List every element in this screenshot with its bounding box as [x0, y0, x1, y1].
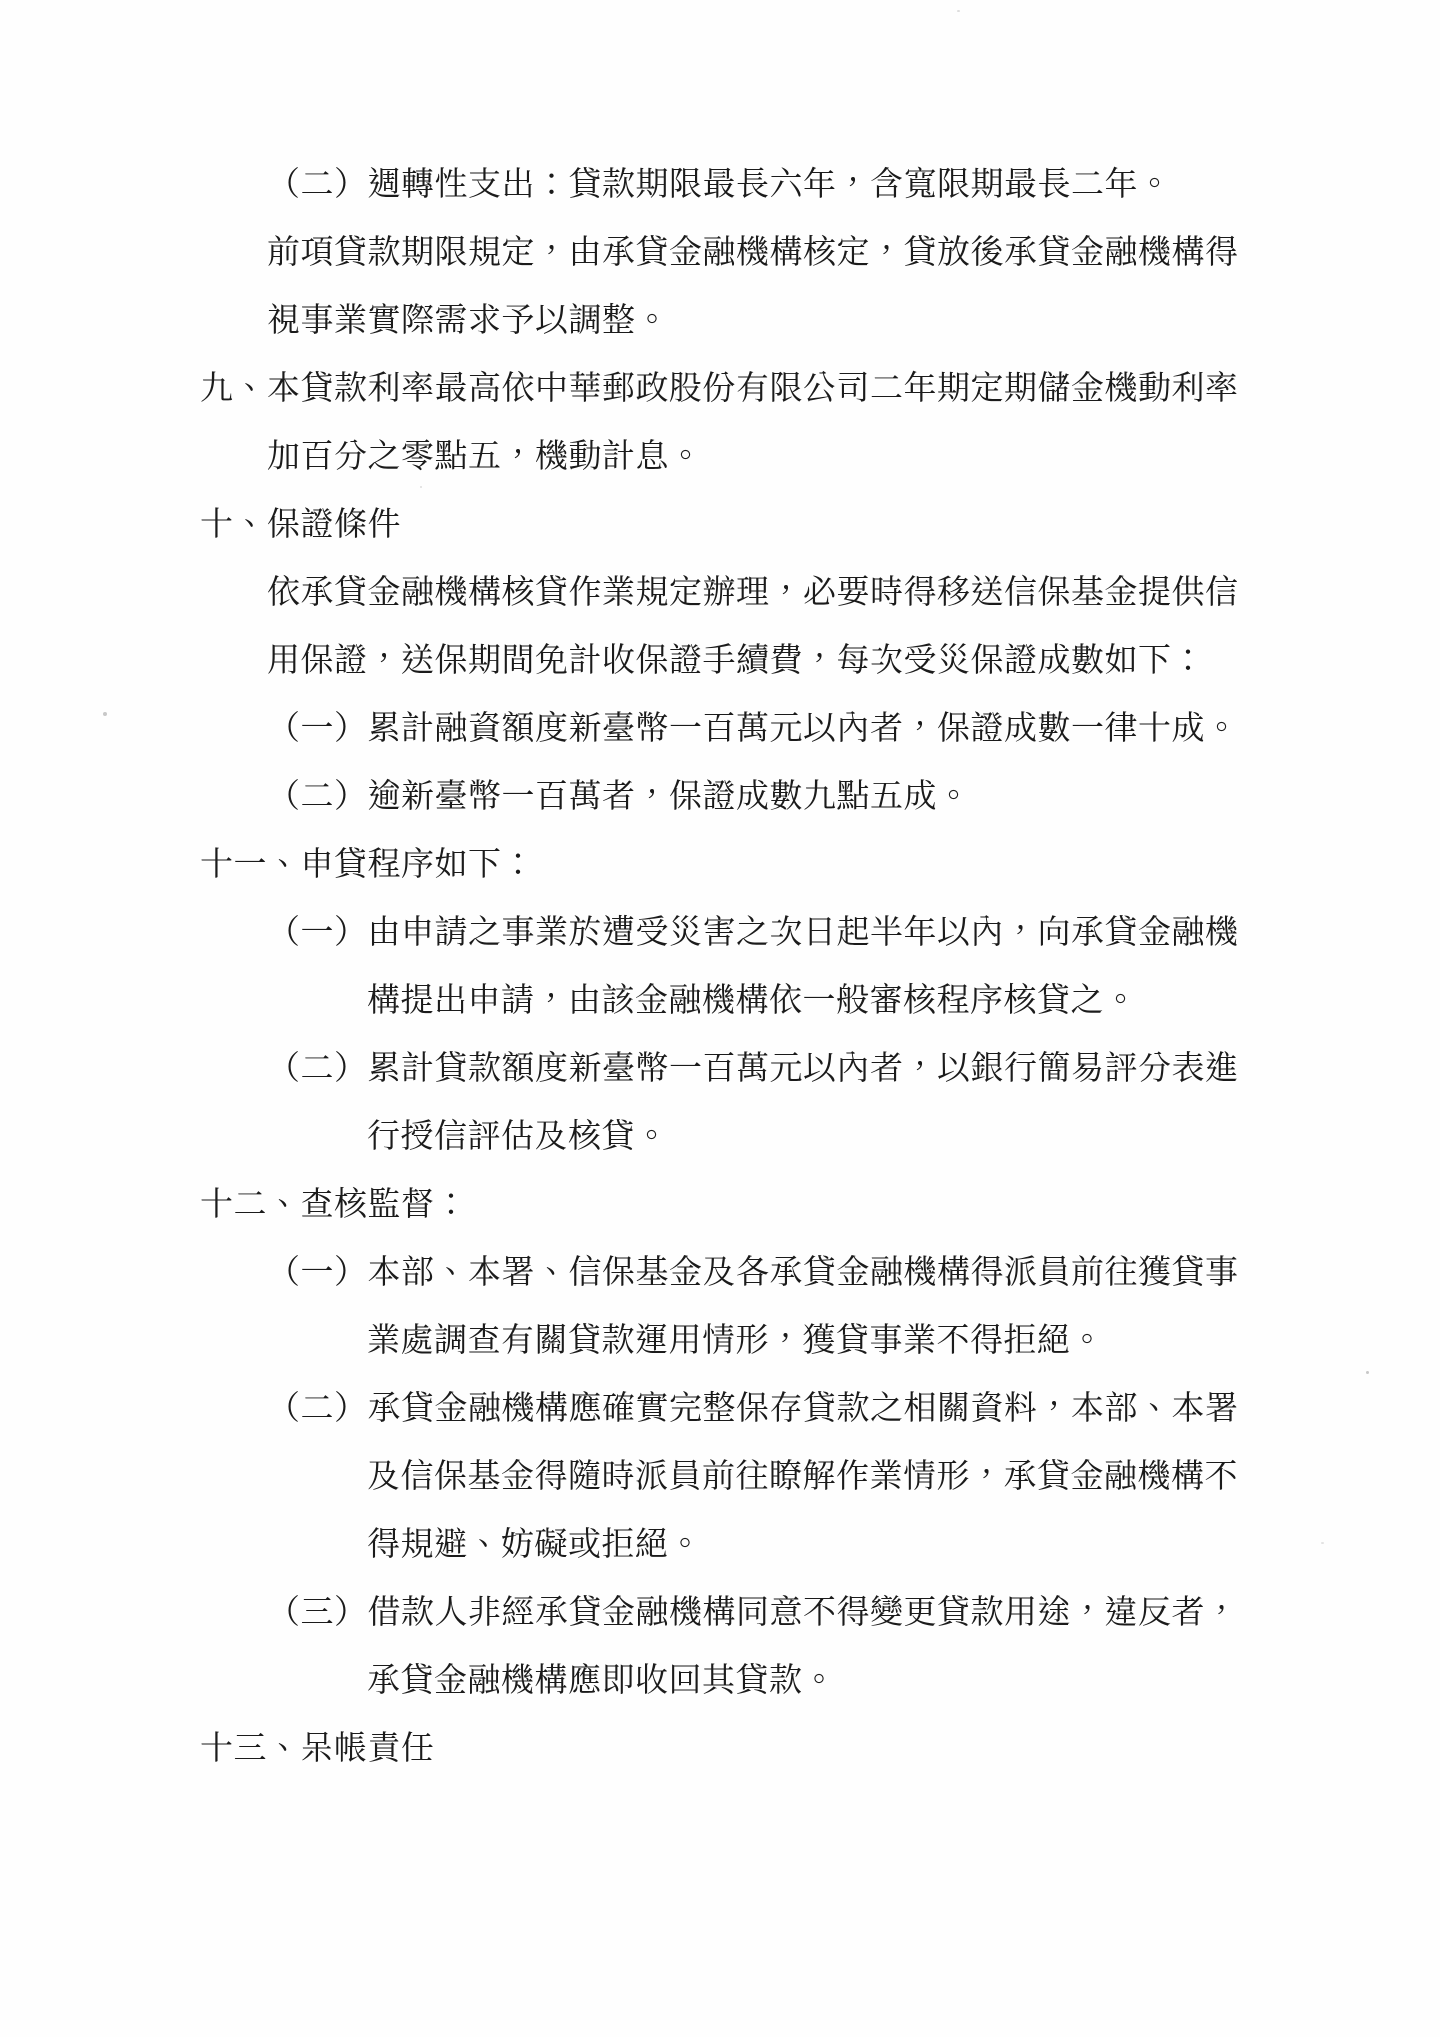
- document-line-7: 依承貸金融機構核貸作業規定辦理，必要時得移送信保基金提供信: [0, 559, 1440, 627]
- document-line-18: 業處調查有關貸款運用情形，獲貸事業不得拒絕。: [0, 1307, 1440, 1375]
- document-line-21: 得規避、妨礙或拒絕。: [0, 1511, 1440, 1579]
- document-line-5: 加百分之零點五，機動計息。: [0, 423, 1440, 491]
- document-line-4: 九、本貸款利率最高依中華郵政股份有限公司二年期定期儲金機動利率: [0, 355, 1440, 423]
- scan-speckle: [1366, 1371, 1369, 1374]
- scan-speckle: [1321, 1542, 1324, 1544]
- document-line-9: （一）累計融資額度新臺幣一百萬元以內者，保證成數一律十成。: [0, 695, 1440, 763]
- scan-speckle: [420, 486, 422, 488]
- document-line-16: 十二、查核監督：: [0, 1171, 1440, 1239]
- scan-speckle: [957, 10, 960, 12]
- document-line-2: 前項貸款期限規定，由承貸金融機構核定，貸放後承貸金融機構得: [0, 219, 1440, 287]
- document-line-24: 十三、呆帳責任: [0, 1715, 1440, 1783]
- document-line-8: 用保證，送保期間免計收保證手續費，每次受災保證成數如下：: [0, 627, 1440, 695]
- document-line-15: 行授信評估及核貸。: [0, 1103, 1440, 1171]
- document-line-22: （三）借款人非經承貸金融機構同意不得變更貸款用途，違反者，: [0, 1579, 1440, 1647]
- document-line-23: 承貸金融機構應即收回其貸款。: [0, 1647, 1440, 1715]
- document-body: （二）週轉性支出：貸款期限最長六年，含寬限期最長二年。 前項貸款期限規定，由承貸…: [0, 151, 1440, 1783]
- scanned-page: （二）週轉性支出：貸款期限最長六年，含寬限期最長二年。 前項貸款期限規定，由承貸…: [0, 0, 1440, 2037]
- document-line-19: （二）承貸金融機構應確實完整保存貸款之相關資料，本部、本署: [0, 1375, 1440, 1443]
- document-line-11: 十一、申貸程序如下：: [0, 831, 1440, 899]
- document-line-1: （二）週轉性支出：貸款期限最長六年，含寬限期最長二年。: [0, 151, 1440, 219]
- document-line-12: （一）由申請之事業於遭受災害之次日起半年以內，向承貸金融機: [0, 899, 1440, 967]
- document-line-6: 十、保證條件: [0, 491, 1440, 559]
- scan-speckle: [103, 712, 107, 716]
- document-line-3: 視事業實際需求予以調整。: [0, 287, 1440, 355]
- document-line-13: 構提出申請，由該金融機構依一般審核程序核貸之。: [0, 967, 1440, 1035]
- document-line-17: （一）本部、本署、信保基金及各承貸金融機構得派員前往獲貸事: [0, 1239, 1440, 1307]
- document-line-10: （二）逾新臺幣一百萬者，保證成數九點五成。: [0, 763, 1440, 831]
- document-line-14: （二）累計貸款額度新臺幣一百萬元以內者，以銀行簡易評分表進: [0, 1035, 1440, 1103]
- document-line-20: 及信保基金得隨時派員前往瞭解作業情形，承貸金融機構不: [0, 1443, 1440, 1511]
